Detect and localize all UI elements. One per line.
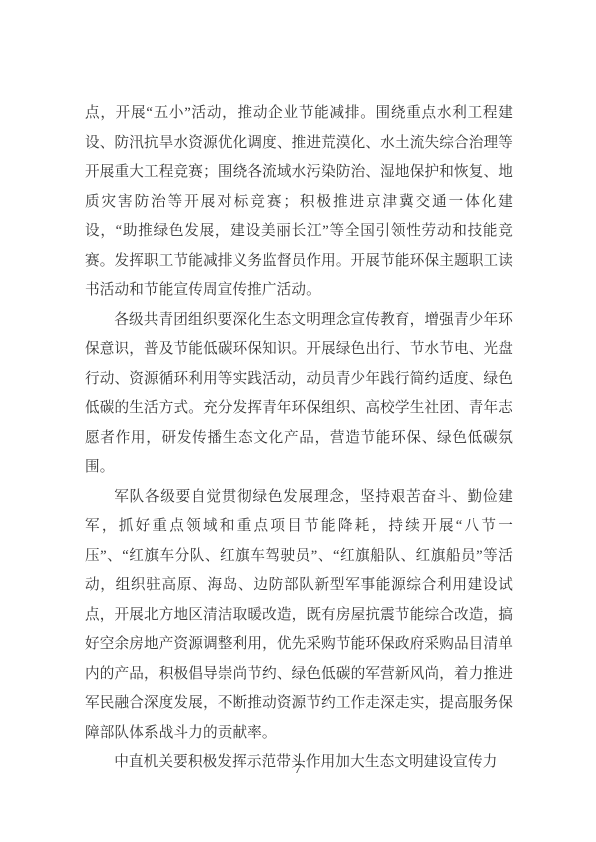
paragraph-continued-from-previous-page: 点，开展“五小”活动，推动企业节能减排。围绕重点水利工程建设、防汛抗旱水资源优化… — [85, 99, 513, 306]
paragraph-youth-league: 各级共青团组织要深化生态文明理念宣传教育，增强青少年环保意识，普及节能低碳环保知… — [85, 306, 513, 483]
paragraph-military: 军队各级要自觉贯彻绿色发展理念，坚持艰苦奋斗、勤俭建军，抓好重点领域和重点项目节… — [85, 483, 513, 749]
page-number: 7 — [295, 761, 302, 776]
document-page: 点，开展“五小”活动，推动企业节能减排。围绕重点水利工程建设、防汛抗旱水资源优化… — [0, 0, 596, 842]
document-body-text: 点，开展“五小”活动，推动企业节能减排。围绕重点水利工程建设、防汛抗旱水资源优化… — [85, 99, 513, 778]
page-footer: 7 — [0, 760, 596, 778]
